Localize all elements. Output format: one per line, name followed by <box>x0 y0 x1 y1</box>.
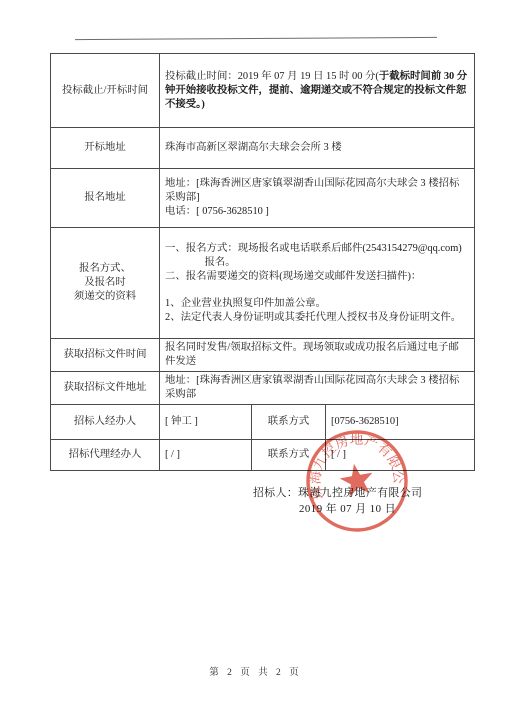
table-row: 招标人经办人 [ 钟工 ] 联系方式 [0756-3628510] <box>51 405 475 440</box>
table-row: 开标地址 珠海市高新区翠湖高尔夫球会会所 3 楼 <box>51 128 475 169</box>
table-row: 获取招标文件地址 地址：[珠海香洲区唐家镇翠湖香山国际花园高尔夫球会 3 楼招标… <box>51 372 475 405</box>
row-label: 报名地址 <box>51 169 160 228</box>
row-label: 招标代理经办人 <box>51 440 160 471</box>
row-content: 地址：[珠海香洲区唐家镇翠湖香山国际花园高尔夫球会 3 楼招标采购部] 电话：[… <box>160 169 475 228</box>
row-label: 报名方式、 及报名时 须递交的资料 <box>51 228 160 339</box>
contact-method-value: [ / ] <box>326 440 475 471</box>
table-row: 招标代理经办人 [ / ] 联系方式 [ / ] <box>51 440 475 471</box>
row-label: 投标截止/开标时间 <box>51 54 160 128</box>
list-item: 1、企业营业执照复印件加盖公章。 <box>165 297 469 311</box>
row-content: 报名同时发售/领取招标文件。现场领取或成功报名后通过电子邮件发送 <box>160 339 475 372</box>
signature-date: 2019 年 07 月 10 日 <box>299 501 396 516</box>
bid-info-table: 投标截止/开标时间 投标截止时间：2019 年 07 月 19 日 15 时 0… <box>50 53 475 471</box>
contact-person-value: [ 钟工 ] <box>160 405 252 440</box>
table-row: 获取招标文件时间 报名同时发售/领取招标文件。现场领取或成功报名后通过电子邮件发… <box>51 339 475 372</box>
list-item: 一、报名方式：现场报名或电话联系后邮件(2543154279@qq.com)报名… <box>165 242 469 270</box>
table-row: 报名方式、 及报名时 须递交的资料 一、报名方式：现场报名或电话联系后邮件(25… <box>51 228 475 339</box>
deadline-text: 投标截止时间：2019 年 07 月 19 日 15 时 00 分( <box>165 71 379 82</box>
list-item: 二、报名需要递交的资料(现场递交或邮件发送扫描件)： <box>165 270 469 284</box>
tenderer-signature-line: 招标人：珠海九控房地产有限公司 <box>253 485 422 500</box>
table-row: 报名地址 地址：[珠海香洲区唐家镇翠湖香山国际花园高尔夫球会 3 楼招标采购部]… <box>51 169 475 228</box>
row-label: 开标地址 <box>51 128 160 169</box>
contact-person-value: [ / ] <box>160 440 252 471</box>
contact-method-label: 联系方式 <box>252 440 326 471</box>
row-content: 投标截止时间：2019 年 07 月 19 日 15 时 00 分(于截标时间前… <box>160 54 475 128</box>
row-content: 一、报名方式：现场报名或电话联系后邮件(2543154279@qq.com)报名… <box>160 228 475 339</box>
row-label: 获取招标文件时间 <box>51 339 160 372</box>
contact-method-label: 联系方式 <box>252 405 326 440</box>
row-content: 地址：[珠海香洲区唐家镇翠湖香山国际花园高尔夫球会 3 楼招标采购部 <box>160 372 475 405</box>
row-label-line: 报名方式、 <box>56 262 154 276</box>
table-row: 投标截止/开标时间 投标截止时间：2019 年 07 月 19 日 15 时 0… <box>51 54 475 128</box>
document-page: 投标截止/开标时间 投标截止时间：2019 年 07 月 19 日 15 时 0… <box>0 0 511 721</box>
page-number: 第 2 页 共 2 页 <box>0 664 511 678</box>
list-item: 2、法定代表人身份证明或其委托代理人授权书及身份证明文件。 <box>165 311 469 325</box>
contact-method-value: [0756-3628510] <box>326 405 475 440</box>
row-label-line: 及报名时 <box>56 276 154 290</box>
row-label: 招标人经办人 <box>51 405 160 440</box>
row-label-line: 须递交的资料 <box>56 290 154 304</box>
header-rule <box>75 37 437 40</box>
phone-line: 电话：[ 0756-3628510 ] <box>165 205 469 219</box>
row-label: 获取招标文件地址 <box>51 372 160 405</box>
row-content: 珠海市高新区翠湖高尔夫球会会所 3 楼 <box>160 128 475 169</box>
address-line: 地址：[珠海香洲区唐家镇翠湖香山国际花园高尔夫球会 3 楼招标采购部] <box>165 177 469 205</box>
